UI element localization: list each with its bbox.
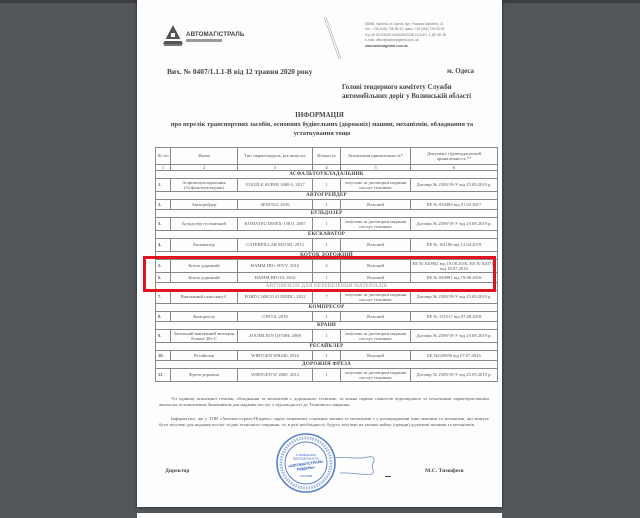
row-number: 8. [156,312,171,322]
header-ownership: Зазначення приналежності* [341,148,411,165]
table-section-header: КРАНИ [156,322,498,330]
table-section-header: ДОРОЖНЯ ФРЕЗА [156,361,498,369]
highlight-rectangle-road-rollers [143,256,496,292]
row-ownership: залучено за договором надання послуг тех… [341,179,411,192]
row-quantity: 1 [313,312,341,322]
row-document: Договір № 2509/19-У від 25.09.2019 р. [411,218,498,231]
row-quantity: 1 [313,369,341,382]
row-name: Загальний вантажний автокран більше 20т-… [171,330,238,343]
row-number: 9. [156,330,171,343]
section-title: РЕСАЙКЛЕР [156,343,498,351]
row-document: ЕЕ № 050484 від 21.03.2017 [411,200,498,210]
row-name: Вантажний самоскид-С [171,291,238,304]
section-title: ДОРОЖНЯ ФРЕЗА [156,361,498,369]
road-triangle-logo-icon [162,24,184,48]
document-title: ІНФОРМАЦІЯ [137,111,502,119]
row-quantity: 1 [313,200,341,210]
row-ownership: Власний [341,312,411,322]
row-document: ЕЕ №020690 від 07.07.2016 [411,351,498,361]
table-row: 10.РесайклерWIRTGEN WR240, 20161ВласнийЕ… [156,351,498,361]
table-section-header: АВТОГРЕЙДЕР [156,192,498,200]
row-name: Ресайклер [171,351,238,361]
section-title: АВТОГРЕЙДЕР [156,192,498,200]
table-section-header: ЕКСКАВАТОР [156,231,498,239]
paragraph-compliance: Усі одиниці зазначеної техніки, обладнан… [159,396,489,409]
addressee: Голові тендерного комітету Служби автомо… [342,83,487,101]
letterhead-divider [322,16,342,60]
table-section-header: БУЛЬДОЗЕР [156,210,498,218]
table-row: 4.ЕкскаваторCATERPILLAR M315D, 20131Влас… [156,239,498,252]
signer-role: Директор [165,468,189,474]
table-row: 2.АвтогрейдерSEM 922, 20161ВласнийЕЕ № 0… [156,200,498,210]
row-name: Автогрейдер [171,200,238,210]
table-row: 9.Загальний вантажний автокран більше 20… [156,330,498,343]
row-number: 7. [156,291,171,304]
table-row: 3.Бульдозер гусеничнийKOMATSU D65EX-15EO… [156,218,498,231]
row-document: Договір № 2509/19-У від 25.09.2019 р. [411,330,498,343]
letter-city: м. Одеса [447,67,474,75]
row-quantity: 1 [313,351,341,361]
company-subtitle-bar [186,39,222,42]
row-name: Асфальтоукладальник (Асфальтоукладчик) [171,179,238,192]
table-section-header: РЕСАЙКЛЕР [156,343,498,351]
section-title: КРАНИ [156,322,498,330]
row-ownership: Власний [341,239,411,252]
addressee-line: Голові тендерного комітету Служби [342,83,487,92]
section-title: АСФАЛЬТОУКЛАДАЛЬНИК [156,171,498,179]
outgoing-reference: Вих. № 0407/1.1.1-В від 12 травня 2020 р… [167,67,312,76]
row-quantity: 1 [313,239,341,252]
section-title: БУЛЬДОЗЕР [156,210,498,218]
paragraph-additional: Інформуємо, що у ТОВ «Автомагістраль-Пів… [159,416,489,429]
row-model: KOMATSU D65EX-15EO, 2007 [238,218,313,231]
row-number: 4. [156,239,171,252]
company-logo: АВТОМАГІСТРАЛЬ [162,24,252,50]
contact-website: www.automagistral.com.ua [365,44,446,49]
row-model: ZOOMLION QY50H, 2008 [238,330,313,343]
row-ownership: Власний [341,200,411,210]
row-model: WIRTGEN W 2000, 2012 [238,369,313,382]
table-row: 11.Фреза дорожняWIRTGEN W 2000, 20121зал… [156,369,498,382]
signature-line [385,476,391,477]
row-document: Договір № 2509/19-У від 25.09.2019 р. [411,179,498,192]
row-ownership: залучено за договором надання послуг тех… [341,369,411,382]
row-ownership: залучено за договором надання послуг тех… [341,330,411,343]
signer-name: М.С. Тимофеєв [425,468,464,474]
row-ownership: залучено за договором надання послуг тех… [341,218,411,231]
header-document: Документ, підтверджуючий приналежність *… [411,148,498,165]
row-quantity: 1 [313,179,341,192]
addressee-line: автомобільних доріг у Волинській області [342,92,487,101]
row-quantity: 1 [313,218,341,231]
row-number: 11. [156,369,171,382]
row-document: Договір № 2509/19-У від 25.09.2019 р. [411,369,498,382]
section-title: КОМПРЕСОР [156,304,498,312]
header-number: № з/п [156,148,171,165]
row-model: WIRTGEN WR240, 2016 [238,351,313,361]
document-subtitle: про перелік транспортних засобів, основн… [167,121,477,138]
row-quantity: 1 [313,330,341,343]
row-number: 2. [156,200,171,210]
header-name: Назва [171,148,238,165]
table-row: 7.Вантажний самоскид-СFORD CARGO 4135DDC… [156,291,498,304]
header-quantity: Кількість [313,148,341,165]
row-model: CPS5.0, 2018 [238,312,313,322]
row-document: ЕЕ № 161186 від 12.04.2019 [411,239,498,252]
row-document: ЕЕ № 151517 від 07.08.2018 [411,312,498,322]
company-contacts: 65058, Україна, м. Одеса, вул. Романа Ка… [365,22,446,49]
table-row: 1.Асфальтоукладальник (Асфальтоукладчик)… [156,179,498,192]
row-model: CATERPILLAR M315D, 2013 [238,239,313,252]
table-header-row: № з/п Назва Тип /марка/модель, рік випус… [156,148,498,165]
row-ownership: залучено за договором надання послуг тех… [341,291,411,304]
row-ownership: Власний [341,351,411,361]
row-model: FORD CARGO 4135DDC, 2012 [238,291,313,304]
row-number: 3. [156,218,171,231]
row-name: Екскаватор [171,239,238,252]
signature-icon [332,454,382,476]
document-page: АВТОМАГІСТРАЛЬ 65058, Україна, м. Одеса,… [137,0,502,507]
header-model: Тип /марка/модель, рік випуску [238,148,313,165]
table-section-header: АСФАЛЬТОУКЛАДАЛЬНИК [156,171,498,179]
row-number: 10. [156,351,171,361]
next-document-page [137,513,502,518]
row-name: Бульдозер гусеничний [171,218,238,231]
svg-text:43233488: 43233488 [300,474,313,478]
row-number: 1. [156,179,171,192]
company-seal-icon: З ОБМЕЖЕНОЮ ВІДПОВІДАЛЬНІСТЮ «АВТОМАГІСТ… [275,432,337,494]
table-row: 8.КомпресорCPS5.0, 20181ВласнийЕЕ № 1515… [156,312,498,322]
row-model: SEM 922, 2016 [238,200,313,210]
company-name: АВТОМАГІСТРАЛЬ [186,31,244,38]
svg-text:З ОБМЕЖЕНОЮ: З ОБМЕЖЕНОЮ [296,453,317,457]
section-title: ЕКСКАВАТОР [156,231,498,239]
table-section-header: КОМПРЕСОР [156,304,498,312]
row-name: Компресор [171,312,238,322]
row-quantity: 7 [313,291,341,304]
row-document: Договір № 2509/19-У від 25.09.2019 р. [411,291,498,304]
row-name: Фреза дорожня [171,369,238,382]
row-model: VOGELE SUPER 1800-3, 2017 [238,179,313,192]
